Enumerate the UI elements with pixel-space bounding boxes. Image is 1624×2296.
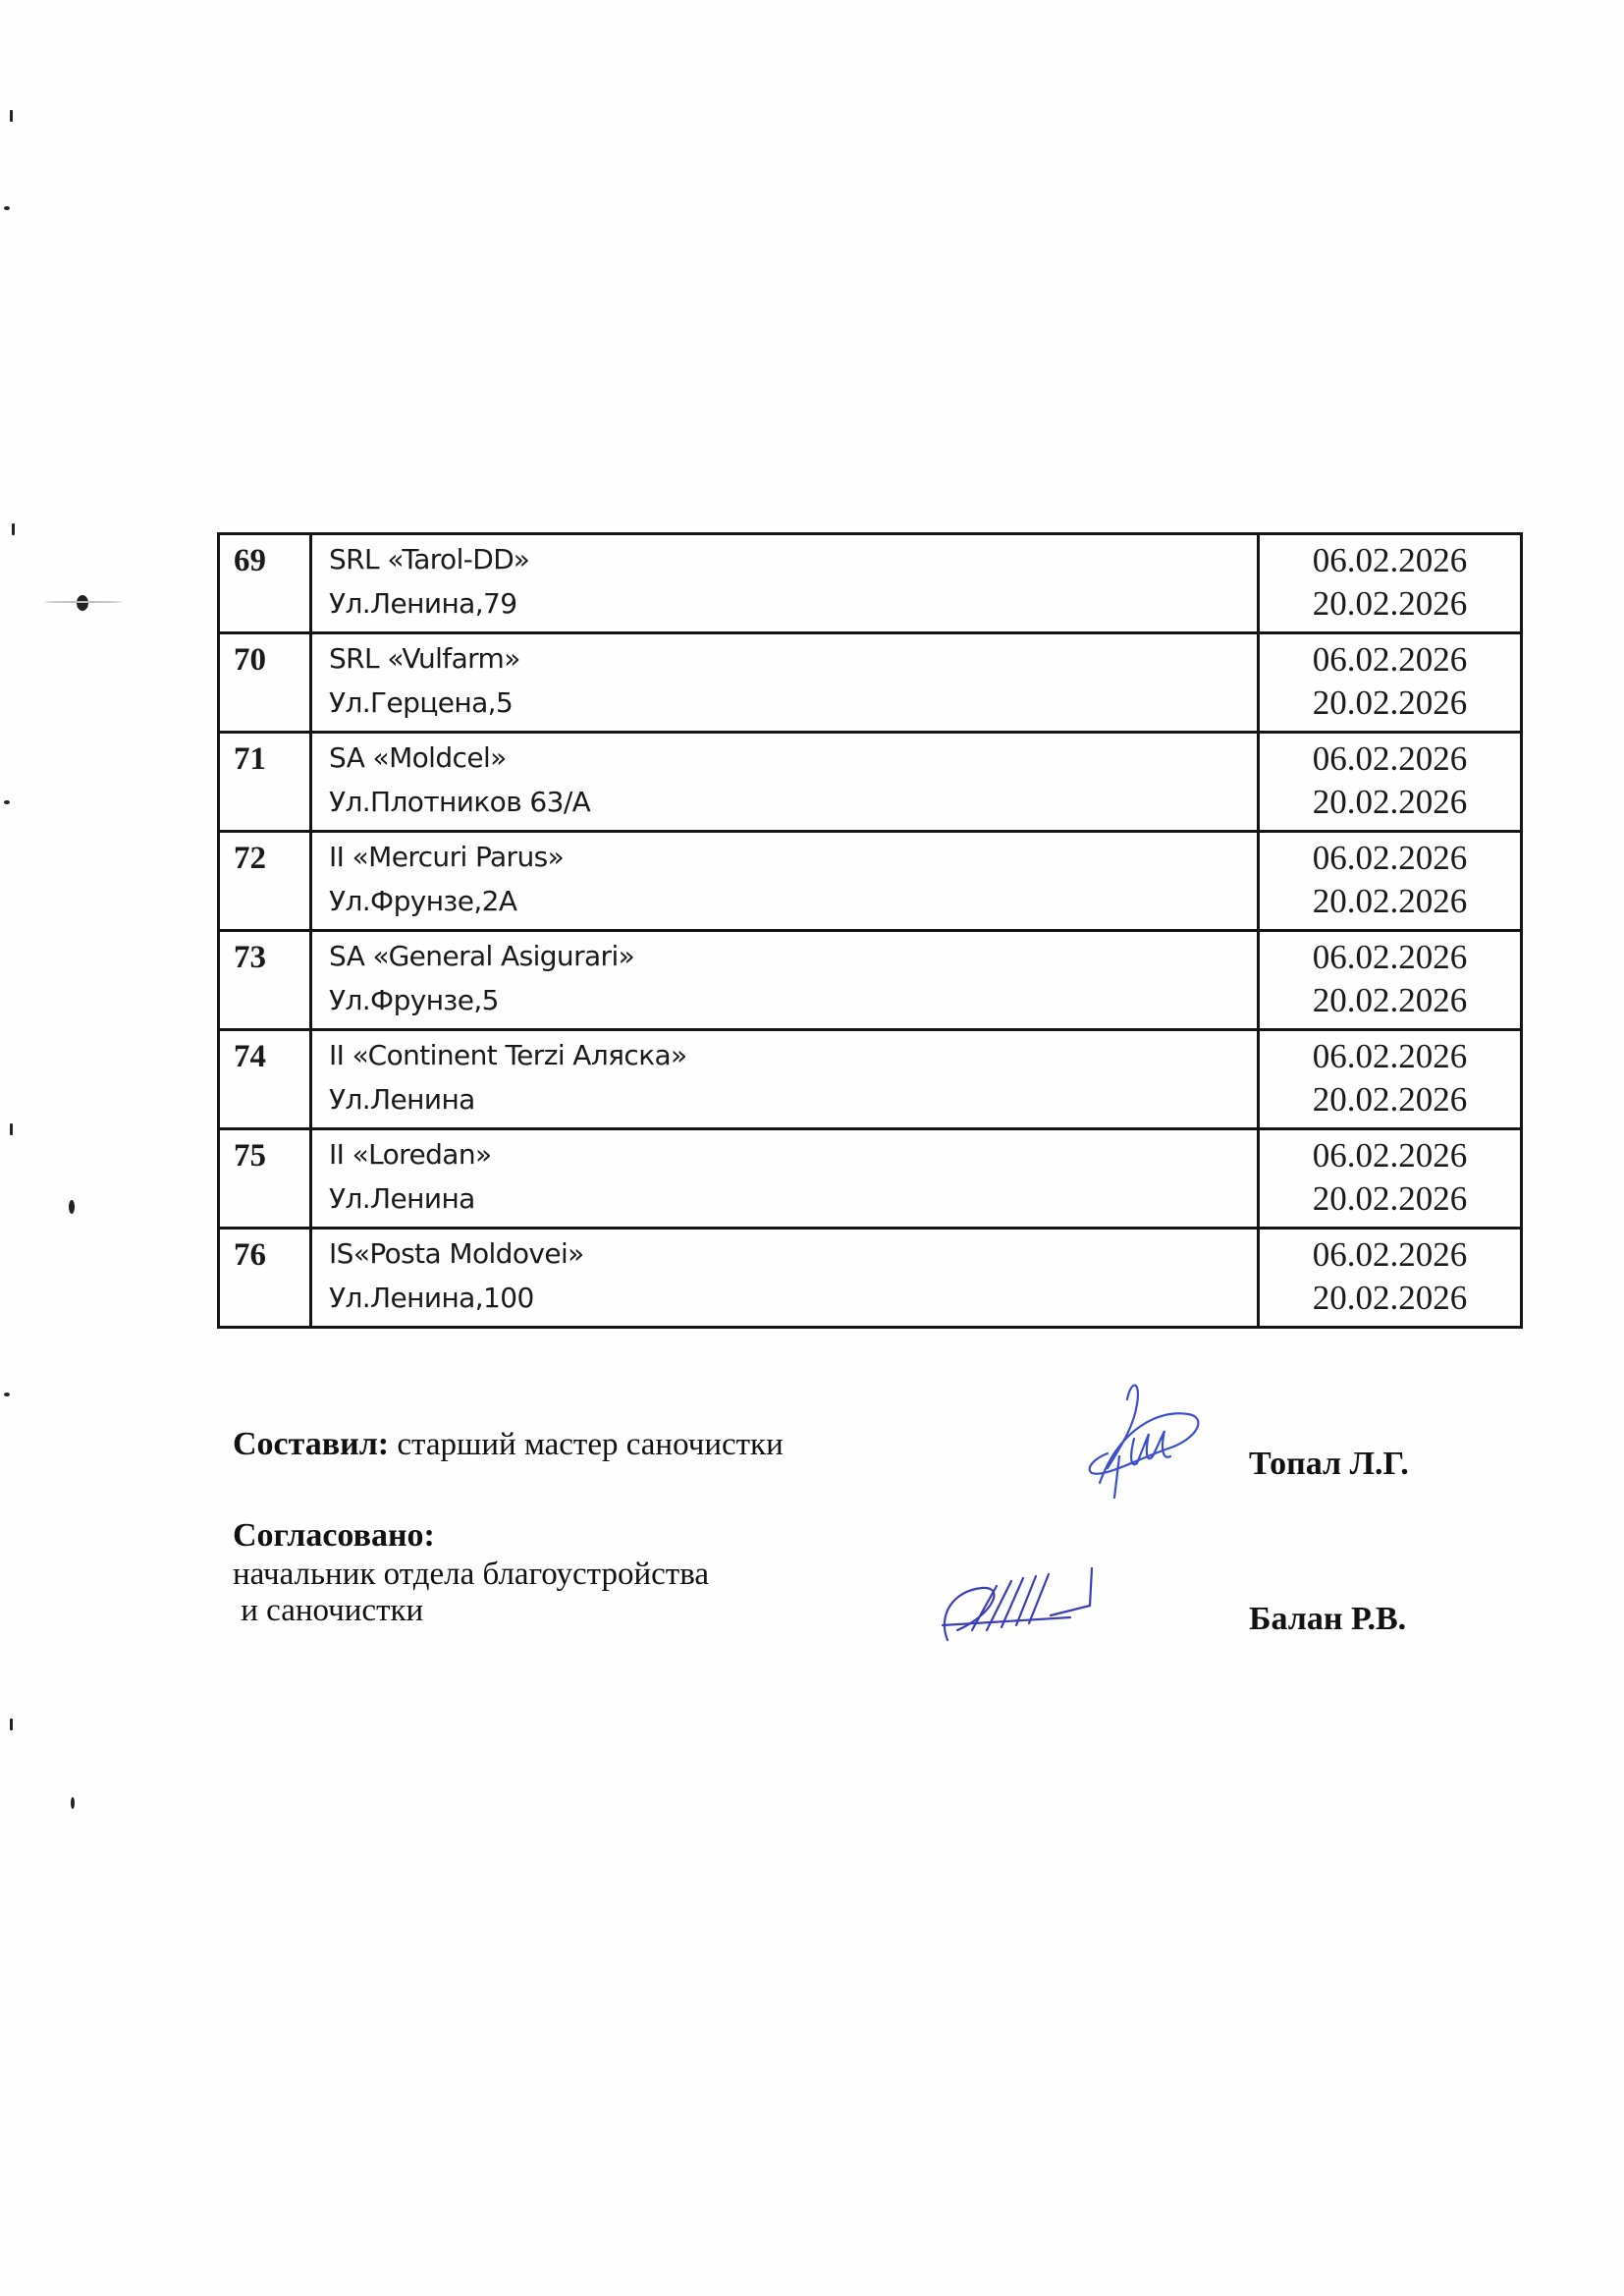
organization-cell: IS«Posta Moldovei» Ул.Ленина,100 (311, 1229, 1259, 1328)
date-end: 20.02.2026 (1260, 1277, 1520, 1320)
date-start: 06.02.2026 (1260, 1134, 1520, 1177)
organization-name: SA «Moldcel» (329, 736, 1257, 780)
organization-address: Ул.Ленина,79 (329, 581, 1257, 626)
compiled-by-role: старший мастер саночистки (389, 1427, 784, 1462)
date-end: 20.02.2026 (1260, 682, 1520, 725)
date-start: 06.02.2026 (1260, 638, 1520, 682)
table-row: 73 SA «General Asigurari» Ул.Фрунзе,5 06… (219, 931, 1522, 1030)
organization-name: SRL «Tarol-DD» (329, 537, 1257, 581)
approved-role-line2: и саночистки (233, 1593, 709, 1629)
table-row: 74 II «Continent Terzi Аляска» Ул.Ленина… (219, 1030, 1522, 1129)
scan-mark (10, 1123, 13, 1135)
organization-cell: II «Continent Terzi Аляска» Ул.Ленина (311, 1030, 1259, 1129)
row-number: 72 (219, 832, 311, 931)
approved-label: Согласовано: (233, 1517, 709, 1555)
table-row: 75 II «Loredan» Ул.Ленина 06.02.2026 20.… (219, 1129, 1522, 1229)
date-end: 20.02.2026 (1260, 781, 1520, 824)
dates-cell: 06.02.2026 20.02.2026 (1259, 1229, 1522, 1328)
dates-cell: 06.02.2026 20.02.2026 (1259, 534, 1522, 633)
date-end: 20.02.2026 (1260, 1078, 1520, 1121)
compiled-by-label: Составил: (233, 1426, 389, 1462)
dates-cell: 06.02.2026 20.02.2026 (1259, 733, 1522, 832)
schedule-table: 69 SRL «Tarol-DD» Ул.Ленина,79 06.02.202… (217, 532, 1523, 1329)
approved-block: Согласовано: начальник отдела благоустро… (233, 1517, 709, 1629)
organization-name: II «Loredan» (329, 1132, 1257, 1176)
approved-role-line1: начальник отдела благоустройства (233, 1557, 709, 1593)
scan-mark (10, 110, 13, 122)
organization-cell: SRL «Tarol-DD» Ул.Ленина,79 (311, 534, 1259, 633)
row-number: 73 (219, 931, 311, 1030)
table-row: 76 IS«Posta Moldovei» Ул.Ленина,100 06.0… (219, 1229, 1522, 1328)
organization-name: SRL «Vulfarm» (329, 636, 1257, 681)
scan-mark (4, 206, 10, 210)
row-number: 71 (219, 733, 311, 832)
compiled-by-name: Топал Л.Г. (1249, 1446, 1409, 1483)
organization-address: Ул.Ленина,100 (329, 1276, 1257, 1320)
organization-address: Ул.Фрунзе,5 (329, 978, 1257, 1022)
dates-cell: 06.02.2026 20.02.2026 (1259, 832, 1522, 931)
signature-balan (913, 1547, 1119, 1665)
row-number: 69 (219, 534, 311, 633)
organization-name: IS«Posta Moldovei» (329, 1231, 1257, 1276)
organization-address: Ул.Плотников 63/A (329, 780, 1257, 824)
row-number: 74 (219, 1030, 311, 1129)
date-end: 20.02.2026 (1260, 880, 1520, 923)
date-end: 20.02.2026 (1260, 1177, 1520, 1221)
date-end: 20.02.2026 (1260, 582, 1520, 626)
scan-mark (12, 523, 15, 535)
dates-cell: 06.02.2026 20.02.2026 (1259, 1030, 1522, 1129)
table-row: 70 SRL «Vulfarm» Ул.Герцена,5 06.02.2026… (219, 633, 1522, 733)
organization-cell: SA «General Asigurari» Ул.Фрунзе,5 (311, 931, 1259, 1030)
organization-address: Ул.Ленина (329, 1077, 1257, 1121)
scan-mark (69, 1200, 75, 1214)
dates-cell: 06.02.2026 20.02.2026 (1259, 633, 1522, 733)
organization-name: SA «General Asigurari» (329, 934, 1257, 978)
dates-cell: 06.02.2026 20.02.2026 (1259, 1129, 1522, 1229)
date-start: 06.02.2026 (1260, 936, 1520, 979)
date-end: 20.02.2026 (1260, 979, 1520, 1022)
organization-address: Ул.Герцена,5 (329, 681, 1257, 725)
approved-name: Балан Р.В. (1249, 1601, 1406, 1638)
dates-cell: 06.02.2026 20.02.2026 (1259, 931, 1522, 1030)
organization-name: II «Mercuri Parus» (329, 835, 1257, 879)
scan-mark (4, 800, 10, 804)
scan-mark (71, 1797, 75, 1809)
date-start: 06.02.2026 (1260, 1035, 1520, 1078)
scan-mark (77, 595, 88, 611)
organization-name: II «Continent Terzi Аляска» (329, 1033, 1257, 1077)
organization-address: Ул.Ленина (329, 1176, 1257, 1221)
date-start: 06.02.2026 (1260, 539, 1520, 582)
organization-cell: II «Mercuri Parus» Ул.Фрунзе,2А (311, 832, 1259, 931)
date-start: 06.02.2026 (1260, 1233, 1520, 1277)
organization-address: Ул.Фрунзе,2А (329, 879, 1257, 923)
table-row: 71 SA «Moldcel» Ул.Плотников 63/A 06.02.… (219, 733, 1522, 832)
scan-mark (4, 1393, 10, 1396)
scan-mark (44, 601, 123, 603)
organization-cell: SRL «Vulfarm» Ул.Герцена,5 (311, 633, 1259, 733)
document-page: 69 SRL «Tarol-DD» Ул.Ленина,79 06.02.202… (0, 0, 1624, 2296)
date-start: 06.02.2026 (1260, 837, 1520, 880)
date-start: 06.02.2026 (1260, 738, 1520, 781)
organization-cell: II «Loredan» Ул.Ленина (311, 1129, 1259, 1229)
table-row: 69 SRL «Tarol-DD» Ул.Ленина,79 06.02.202… (219, 534, 1522, 633)
row-number: 70 (219, 633, 311, 733)
organization-cell: SA «Moldcel» Ул.Плотников 63/A (311, 733, 1259, 832)
row-number: 76 (219, 1229, 311, 1328)
row-number: 75 (219, 1129, 311, 1229)
compiled-by-line: Составил: старший мастер саночистки (233, 1426, 784, 1463)
table-row: 72 II «Mercuri Parus» Ул.Фрунзе,2А 06.02… (219, 832, 1522, 931)
scan-mark (10, 1719, 13, 1730)
signature-topal (1080, 1370, 1218, 1507)
